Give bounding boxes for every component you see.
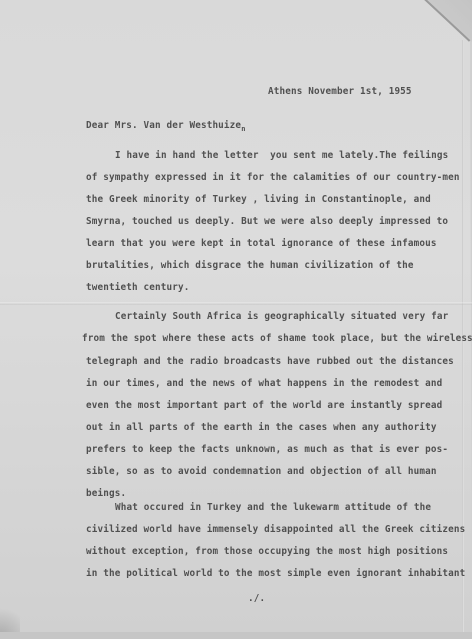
- paragraph-3-line-4: in the political world to the most simpl…: [86, 568, 465, 579]
- paragraph-1-line-1: I have in hand the letter you sent me la…: [115, 150, 448, 161]
- paragraph-1-line-3: the Greek minority of Turkey , living in…: [86, 194, 431, 205]
- salutation: Dear Mrs. Van der Westhuizen: [86, 120, 246, 131]
- paragraph-2-line-2: from the spot where these acts of shame …: [82, 333, 472, 344]
- scan-bottom-edge: [0, 632, 472, 639]
- paragraph-3-line-2: civilized world have immensely disappoin…: [86, 524, 465, 535]
- paragraph-2-line-3: telegraph and the radio broadcasts have …: [86, 356, 454, 367]
- paragraph-1-line-4: Smyrna, touched us deeply. But we were a…: [86, 216, 448, 227]
- paragraph-2-line-8: sible, so as to avoid condemnation and o…: [86, 466, 437, 477]
- paragraph-3-line-3: without exception, from those occupying …: [86, 546, 448, 557]
- salutation-correction: n: [241, 125, 245, 133]
- paragraph-1-line-2: of sympathy expressed in it for the cala…: [86, 172, 460, 183]
- paragraph-1-line-6: brutalities, which disgrace the human ci…: [86, 260, 414, 271]
- paragraph-3-line-1: What occured in Turkey and the lukewarm …: [115, 502, 431, 513]
- paper-crease: [0, 302, 472, 305]
- salutation-text: Dear Mrs. Van der Westhuize: [86, 120, 241, 131]
- paragraph-2-line-7: prefers to keep the facts unknown, as mu…: [86, 444, 448, 455]
- continuation-mark: ./.: [248, 593, 265, 604]
- paragraph-1-line-5: learn that you were kept in total ignora…: [86, 238, 437, 249]
- paragraph-2-line-6: out in all parts of the earth in the cas…: [86, 422, 437, 433]
- paragraph-1-line-7: twentieth century.: [86, 282, 189, 293]
- paragraph-2-line-5: even the most important part of the worl…: [86, 400, 442, 411]
- date-line: Athens November 1st, 1955: [268, 86, 412, 97]
- paragraph-2-line-9: beings.: [86, 488, 126, 499]
- paragraph-2-line-4: in our times, and the news of what happe…: [86, 378, 442, 389]
- paragraph-2-line-1: Certainly South Africa is geographically…: [115, 311, 448, 322]
